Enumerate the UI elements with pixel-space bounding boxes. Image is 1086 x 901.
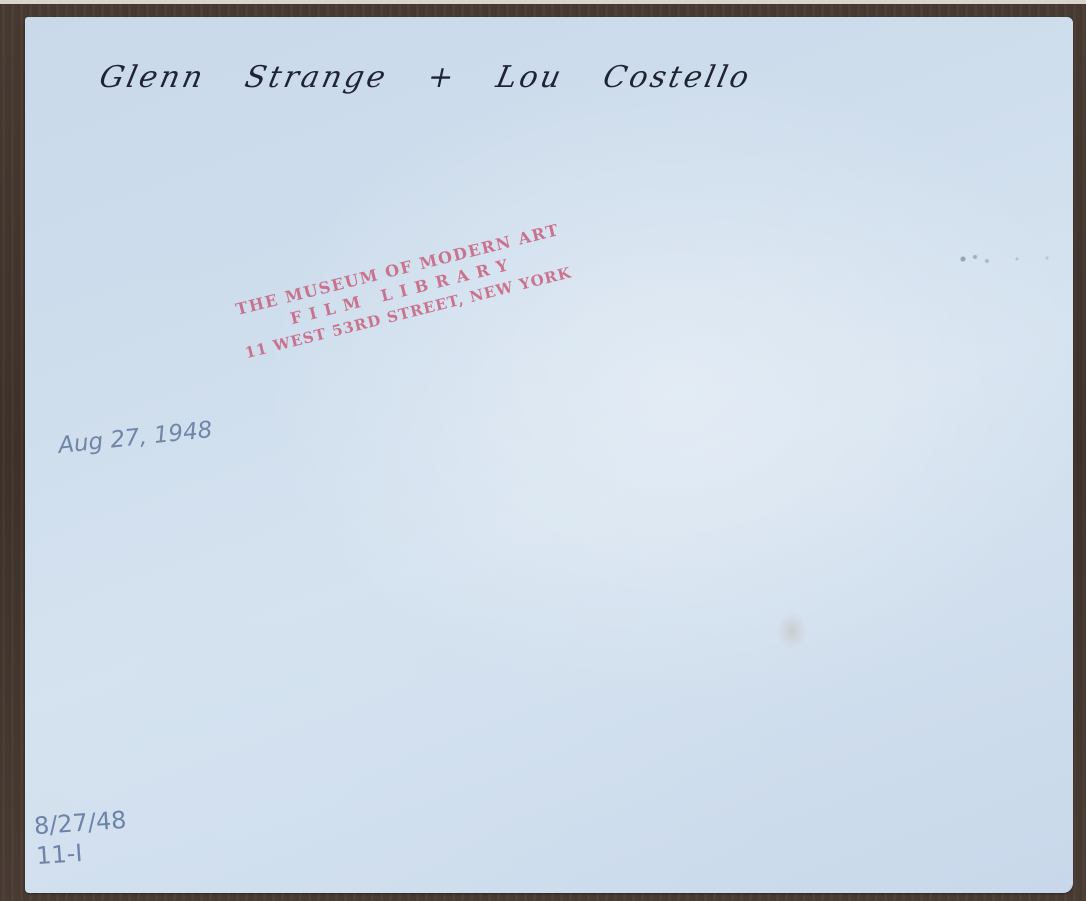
pencil-corner-note: 8/27/48 11-I (33, 805, 129, 871)
background-edge (0, 0, 1086, 4)
paper-specks (945, 249, 1065, 269)
corner-note-code: 11-I (35, 835, 129, 871)
paper-stain (777, 612, 807, 650)
handwritten-caption: Glenn Strange + Lou Costello (96, 60, 755, 95)
photo-back (25, 17, 1073, 893)
